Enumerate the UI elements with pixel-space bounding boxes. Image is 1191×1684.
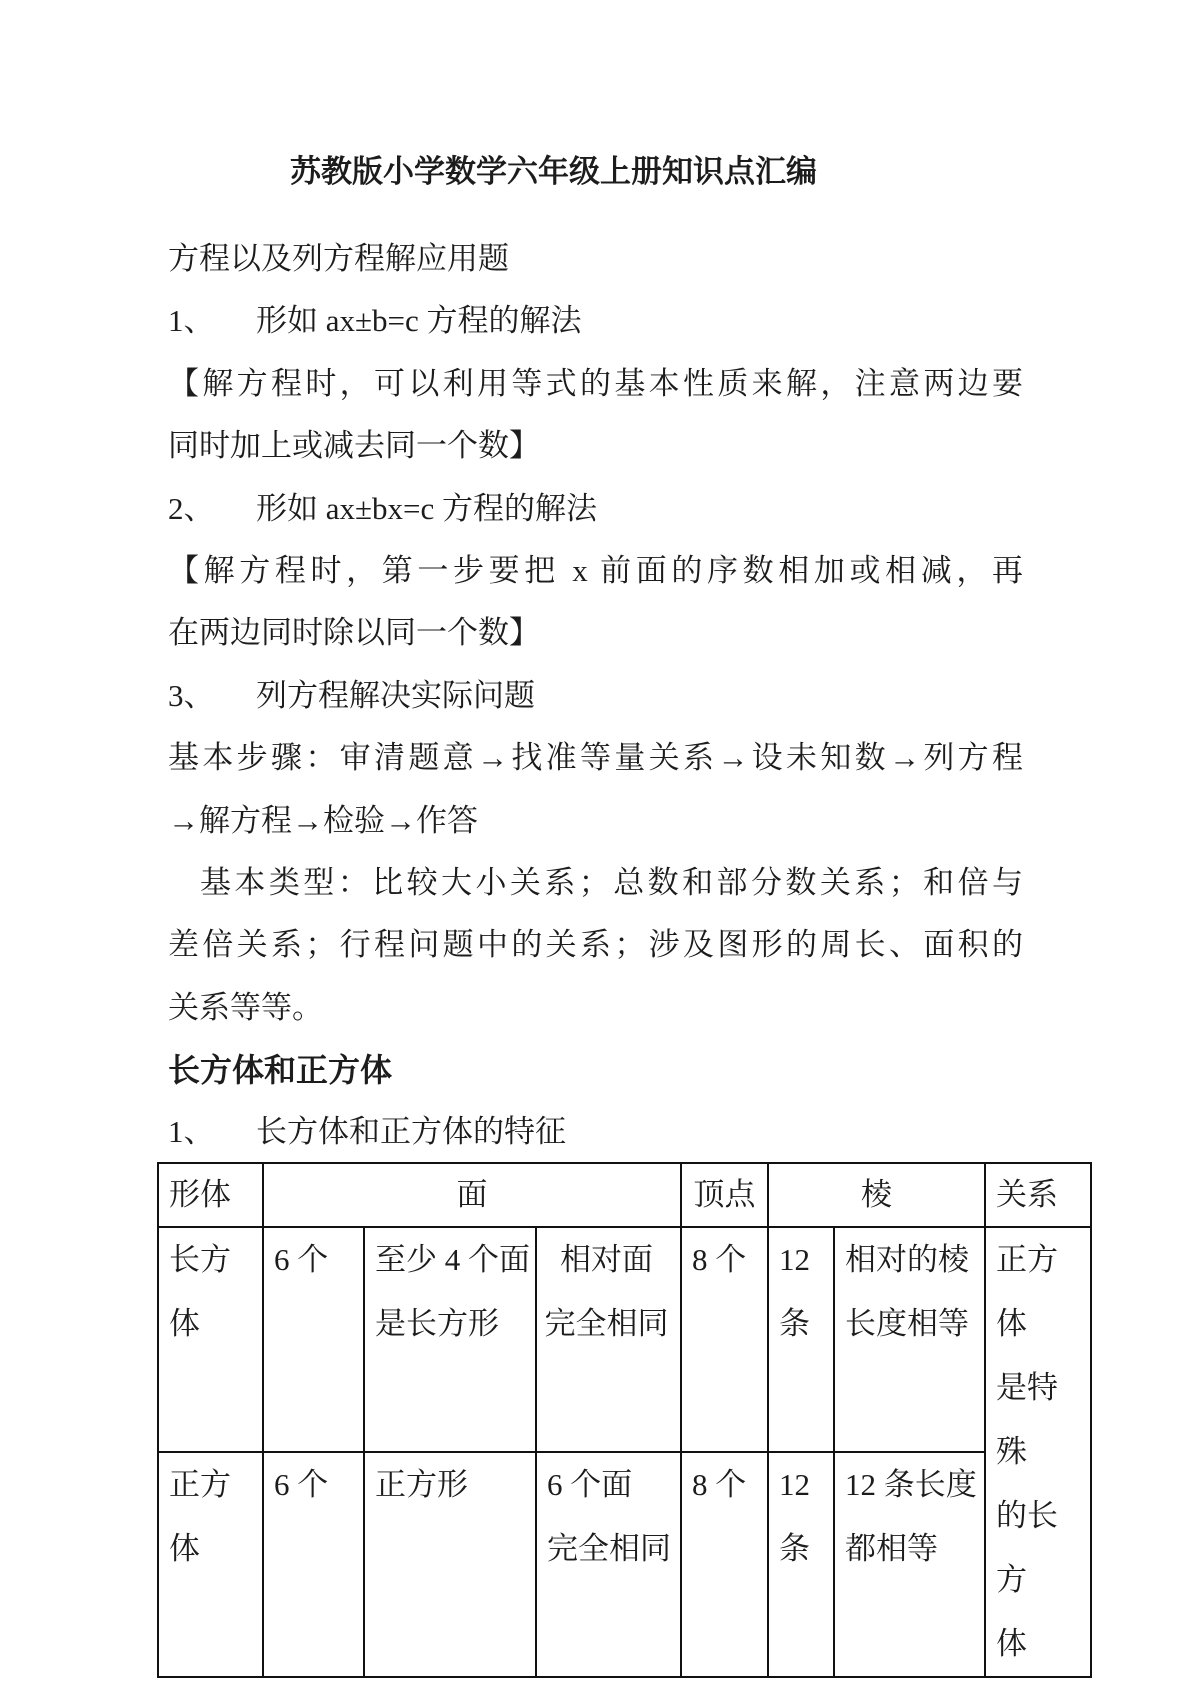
- cell-shape: 长方体: [158, 1227, 263, 1452]
- document-page: 苏教版小学数学六年级上册知识点汇编 方程以及列方程解应用题 1、形如 ax±b=…: [0, 0, 1191, 1684]
- numbered-line: 3、列方程解决实际问题: [168, 665, 1023, 727]
- paragraph-line: 同时加上或减去同一个数】: [168, 415, 1023, 477]
- numbered-line: 2、形如 ax±bx=c 方程的解法: [168, 478, 1023, 540]
- paragraph-line: 在两边同时除以同一个数】: [168, 602, 1023, 664]
- line-text: 形如 ax±bx=c 方程的解法: [256, 491, 597, 526]
- paragraph-line: 关系等等。: [168, 977, 1023, 1039]
- header-cell-shape: 形体: [158, 1163, 263, 1227]
- cell-face-equal: 相对面 完全相同: [536, 1227, 681, 1452]
- header-cell-faces: 面: [263, 1163, 681, 1227]
- body-text: 方程以及列方程解应用题 1、形如 ax±b=c 方程的解法 【解方程时，可以利用…: [168, 228, 1023, 1164]
- section-heading-line: 长方体和正方体: [168, 1039, 1023, 1101]
- paragraph-line: 差倍关系；行程问题中的关系；涉及图形的周长、面积的: [168, 914, 1023, 976]
- cell-edge-equal: 相对的棱 长度相等: [834, 1227, 985, 1452]
- cell-relation: 正方体 是特殊 的长方 体: [985, 1227, 1091, 1677]
- paragraph-line: 【解方程时，第一步要把 x 前面的序数相加或相减，再: [168, 540, 1023, 602]
- line-text: 列方程解决实际问题: [256, 678, 535, 713]
- paragraph-line: →解方程→检验→作答: [168, 790, 1023, 852]
- list-number: 3、: [168, 665, 256, 727]
- header-cell-vertices: 顶点: [681, 1163, 768, 1227]
- cell-vertex-count: 8 个: [681, 1227, 768, 1452]
- header-cell-relation: 关系: [985, 1163, 1091, 1227]
- section-heading: 长方体和正方体: [168, 1052, 392, 1088]
- numbered-line: 1、形如 ax±b=c 方程的解法: [168, 290, 1023, 352]
- paragraph-line: 基本步骤：审清题意→找准等量关系→设未知数→列方程: [168, 727, 1023, 789]
- cell-edge-equal: 12 条长度 都相等: [834, 1452, 985, 1677]
- cell-face-shape: 至少 4 个面 是长方形: [364, 1227, 536, 1452]
- page-title: 苏教版小学数学六年级上册知识点汇编: [126, 150, 981, 194]
- list-number: 2、: [168, 478, 256, 540]
- cell-face-count: 6 个: [263, 1227, 364, 1452]
- line-text: 形如 ax±b=c 方程的解法: [256, 303, 582, 338]
- numbered-line: 1、长方体和正方体的特征: [168, 1101, 1023, 1163]
- table-row-cuboid: 长方体 6 个 至少 4 个面 是长方形 相对面 完全相同 8 个 12 条 相…: [158, 1227, 1091, 1452]
- cell-face-equal: 6 个面 完全相同: [536, 1452, 681, 1677]
- paragraph-line: 基本类型：比较大小关系；总数和部分数关系；和倍与: [168, 852, 1023, 914]
- list-number: 1、: [168, 290, 256, 352]
- table-row-cube: 正方体 6 个 正方形 6 个面 完全相同 8 个 12 条 12 条长度 都相…: [158, 1452, 1091, 1677]
- cell-face-shape: 正方形: [364, 1452, 536, 1677]
- cell-edge-count: 12 条: [768, 1227, 834, 1452]
- cell-face-count: 6 个: [263, 1452, 364, 1677]
- features-table: 形体 面 顶点 棱 关系 长方体 6 个 至少 4 个面 是长方形 相对面 完全…: [157, 1162, 1092, 1678]
- line-text: 长方体和正方体的特征: [256, 1114, 566, 1149]
- paragraph-line: 【解方程时，可以利用等式的基本性质来解，注意两边要: [168, 353, 1023, 415]
- list-number: 1、: [168, 1101, 256, 1163]
- cell-shape: 正方体: [158, 1452, 263, 1677]
- header-cell-edges: 棱: [768, 1163, 985, 1227]
- cell-edge-count: 12 条: [768, 1452, 834, 1677]
- paragraph-line: 方程以及列方程解应用题: [168, 228, 1023, 290]
- table-header-row: 形体 面 顶点 棱 关系: [158, 1163, 1091, 1227]
- cell-vertex-count: 8 个: [681, 1452, 768, 1677]
